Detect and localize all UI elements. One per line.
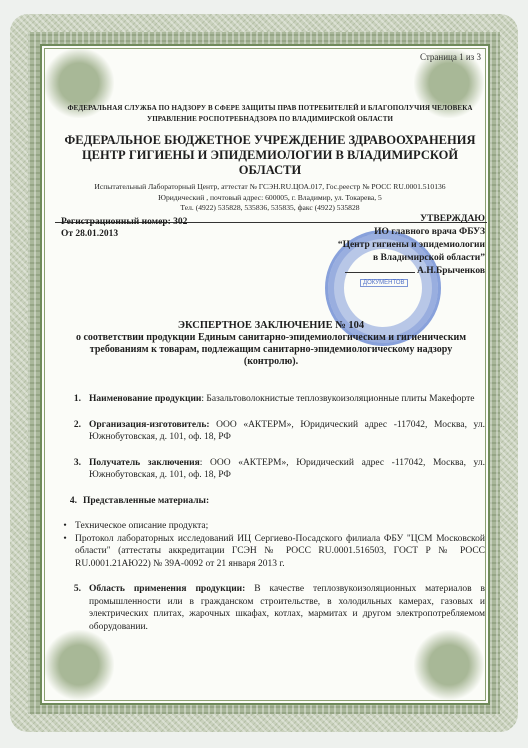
document-content: Страница 1 из 3 ФЕДЕРАЛЬНАЯ СЛУЖБА ПО НА… (55, 48, 485, 223)
institution-line-1: ФЕДЕРАЛЬНОЕ БЮДЖЕТНОЕ УЧРЕЖДЕНИЕ ЗДРАВОО… (55, 133, 485, 148)
list-item: •Протокол лабораторных исследований ИЦ С… (55, 533, 485, 571)
list-item-text: Протокол лабораторных исследований ИЦ Се… (75, 533, 485, 571)
title-sub-2: требованиям к товарам, подлежащим санита… (55, 344, 487, 356)
certificate-sheet: Страница 1 из 3 ФЕДЕРАЛЬНАЯ СЛУЖБА ПО НА… (0, 6, 528, 736)
materials-list: •Техническое описание продукта; •Протоко… (55, 520, 485, 570)
agency-header: ФЕДЕРАЛЬНАЯ СЛУЖБА ПО НАДЗОРУ В СФЕРЕ ЗА… (55, 103, 485, 125)
item-manufacturer: 2. Организация-изготовитель: ООО «АКТЕРМ… (55, 419, 485, 444)
signatory-name: А.Н.Брыченков (417, 266, 485, 276)
title-main: ЭКСПЕРТНОЕ ЗАКЛЮЧЕНИЕ № 104 (55, 320, 487, 332)
institution-line-2: ЦЕНТР ГИГИЕНЫ И ЭПИДЕМИОЛОГИИ В ВЛАДИМИР… (55, 148, 485, 178)
signature-line (345, 272, 415, 273)
stamp-text: ДОКУМЕНТОВ (360, 279, 408, 287)
signature-row: А.Н.Брыченков (285, 265, 485, 278)
item-recipient: 3. Получатель заключения: ООО «АКТЕРМ», … (55, 457, 485, 482)
conclusion-items: 1. Наименование продукции: Базальтоволок… (55, 393, 485, 646)
address-line-2: Юридический , почтовый адрес: 600005, г.… (55, 193, 485, 204)
title-sub-1: о соответствии продукции Единым санитарн… (55, 332, 487, 344)
title-sub-3: (контролю). (55, 356, 487, 368)
approval-block: УТВЕРЖДАЮ ИО главного врача ФБУЗ “Центр … (285, 213, 485, 278)
institution-address: Испытательный Лабораторный Центр, аттест… (55, 182, 485, 214)
item-body: Получатель заключения: ООО «АКТЕРМ», Юри… (89, 457, 485, 482)
item-body: Наименование продукции: Базальтоволокнис… (89, 393, 485, 406)
agency-line-1: ФЕДЕРАЛЬНАЯ СЛУЖБА ПО НАДЗОРУ В СФЕРЕ ЗА… (55, 103, 485, 114)
item-number: 2. (55, 419, 89, 444)
item-label: Организация-изготовитель: (89, 420, 210, 430)
bullet-icon: • (55, 533, 75, 571)
conclusion-title: ЭКСПЕРТНОЕ ЗАКЛЮЧЕНИЕ № 104 о соответств… (55, 320, 487, 368)
item-product-name: 1. Наименование продукции: Базальтоволок… (55, 393, 485, 406)
item-number: 4. (55, 495, 83, 508)
registration-block: Регистрационный номер: 302 От 28.01.2013 (61, 216, 187, 240)
list-item-text: Техническое описание продукта; (75, 520, 485, 533)
item-label: Получатель заключения (89, 458, 200, 468)
item-scope: 5. Область применения продукции: В качес… (55, 583, 485, 633)
approval-line-2: ИО главного врача ФБУЗ (285, 226, 485, 239)
registration-number: Регистрационный номер: 302 (61, 216, 187, 228)
list-item: •Техническое описание продукта; (55, 520, 485, 533)
item-label: Область применения продукции: (89, 584, 245, 594)
address-line-3: Тел. (4922) 535828, 535836, 535835, факс… (55, 203, 485, 214)
item-text: : Базальтоволокнистые теплозвукоизоляцио… (201, 394, 474, 404)
materials-heading: 4. Представленные материалы: (55, 495, 485, 508)
institution-name: ФЕДЕРАЛЬНОЕ БЮДЖЕТНОЕ УЧРЕЖДЕНИЕ ЗДРАВОО… (55, 133, 485, 178)
registration-date: От 28.01.2013 (61, 228, 187, 240)
item-body: Область применения продукции: В качестве… (89, 583, 485, 633)
item-body: Организация-изготовитель: ООО «АКТЕРМ», … (89, 419, 485, 444)
page-indicator: Страница 1 из 3 (420, 52, 481, 62)
item-number: 5. (55, 583, 89, 633)
item-label: Наименование продукции (89, 394, 201, 404)
item-number: 1. (55, 393, 89, 406)
item-number: 3. (55, 457, 89, 482)
approval-line-1: УТВЕРЖДАЮ (285, 213, 485, 226)
approval-line-4: в Владимирской области” (285, 252, 485, 265)
agency-line-2: УПРАВЛЕНИЕ РОСПОТРЕБНАДЗОРА ПО ВЛАДИМИРС… (55, 114, 485, 125)
materials-heading-text: Представленные материалы: (83, 495, 209, 508)
approval-line-3: “Центр гигиены и эпидемиологии (285, 239, 485, 252)
address-line-1: Испытательный Лабораторный Центр, аттест… (55, 182, 485, 193)
bullet-icon: • (55, 520, 75, 533)
